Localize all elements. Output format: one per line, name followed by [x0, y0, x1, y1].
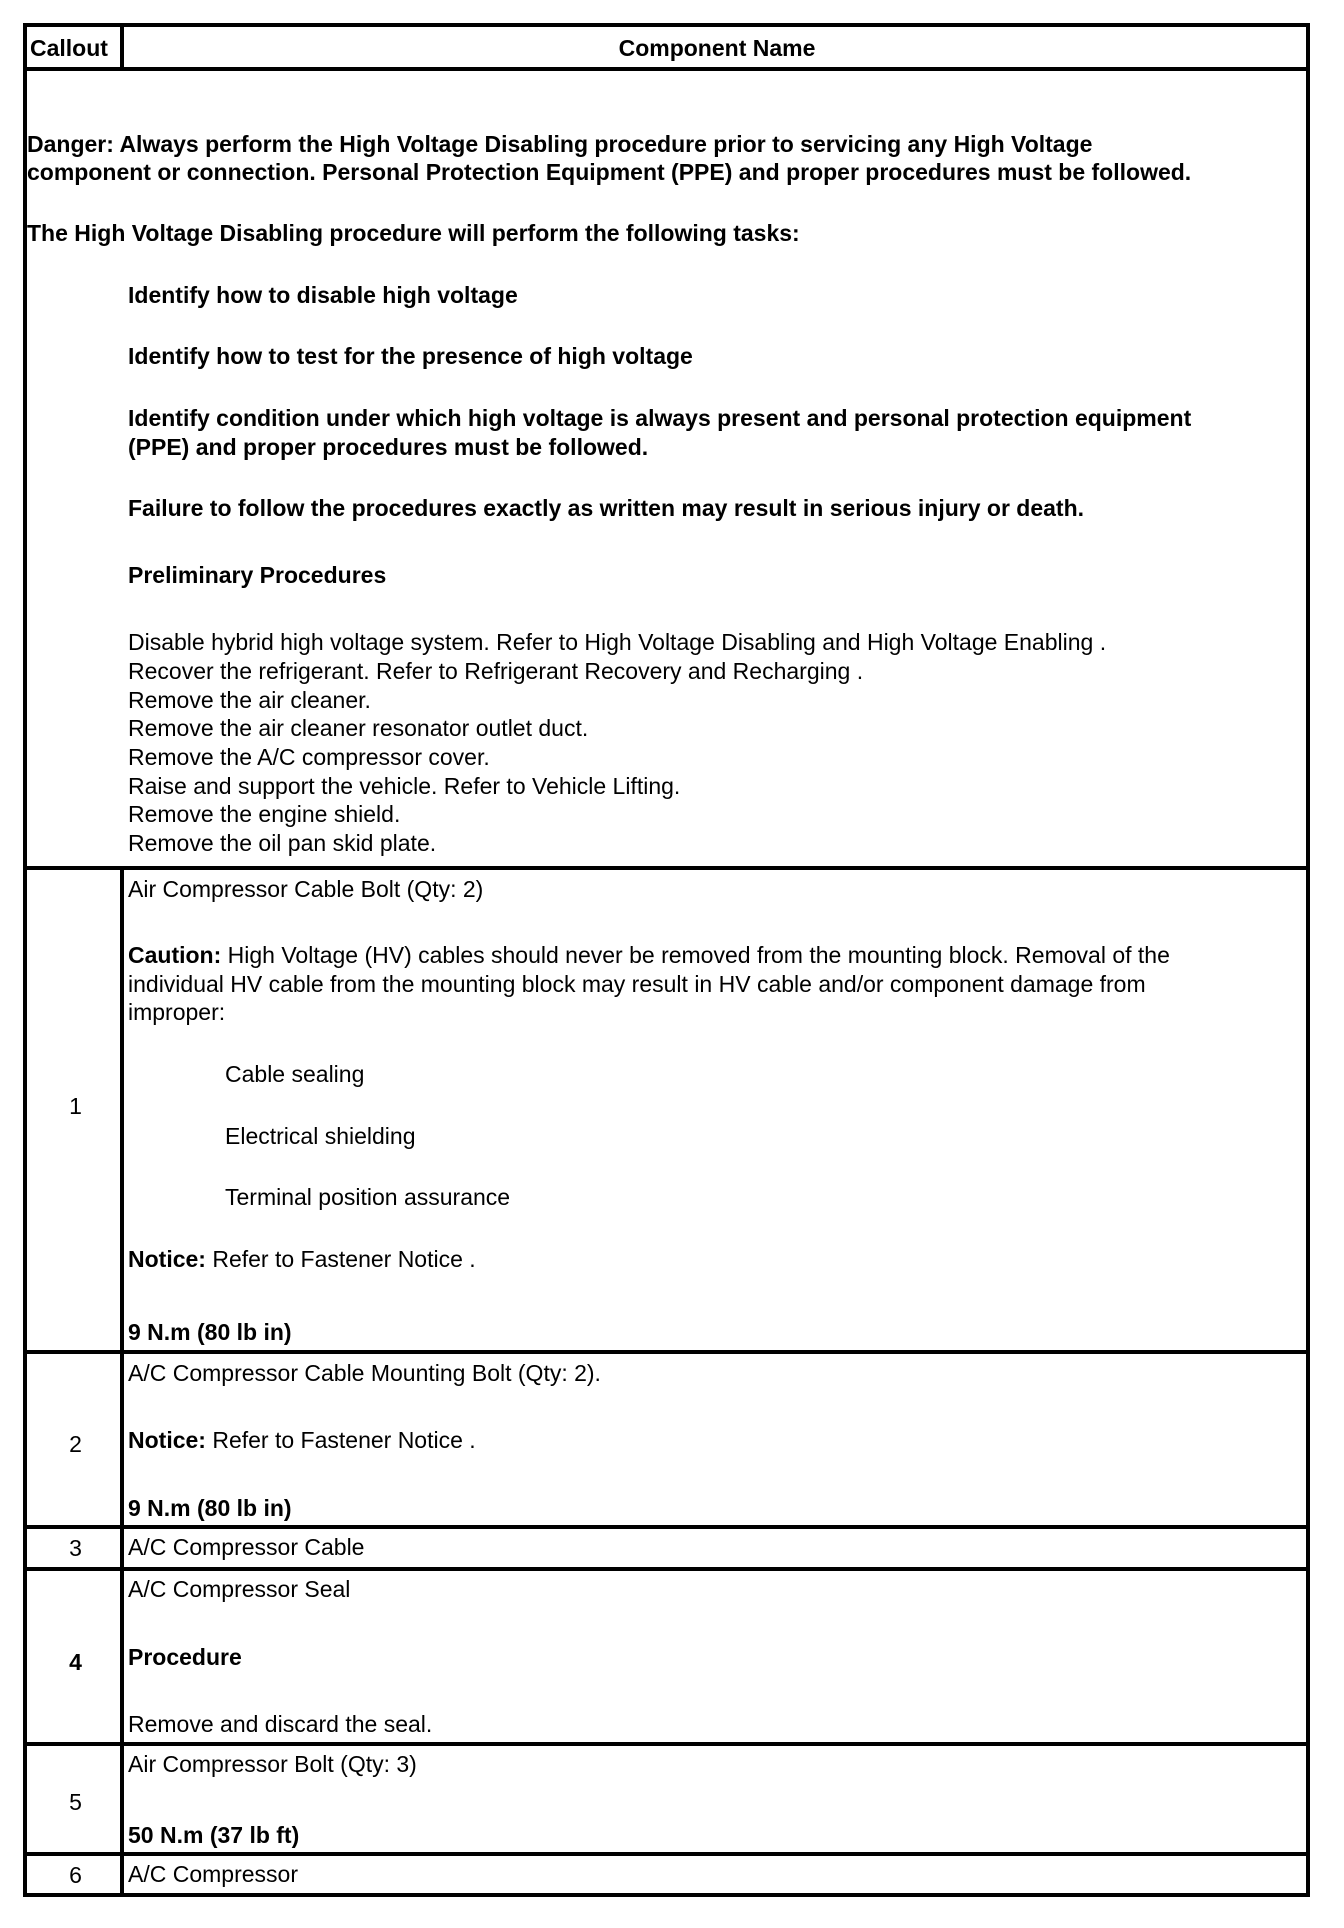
task-item: Identify condition under which high volt…: [128, 404, 1191, 433]
task-item: Identify how to disable high voltage: [128, 281, 518, 310]
component-name: Air Compressor Bolt (Qty: 3): [128, 1750, 417, 1779]
row-rule: [27, 1742, 1306, 1746]
caution-label: Caution:: [128, 942, 221, 968]
caution-item: Electrical shielding: [225, 1122, 415, 1151]
torque-spec: 9 N.m (80 lb in): [128, 1494, 292, 1523]
header-callout: Callout: [30, 35, 108, 62]
component-name: A/C Compressor: [128, 1860, 298, 1889]
row-rule: [27, 866, 1306, 870]
procedure-label: Procedure: [128, 1643, 242, 1672]
preliminary-step: Raise and support the vehicle. Refer to …: [128, 772, 680, 801]
header-component-name: Component Name: [128, 35, 1306, 62]
tasks-heading: The High Voltage Disabling procedure wil…: [27, 219, 800, 248]
task-item: Identify how to test for the presence of…: [128, 342, 693, 371]
callout-number: 5: [27, 1789, 124, 1816]
callout-column-divider: [120, 866, 124, 1897]
callout-number: 3: [27, 1535, 124, 1562]
preliminary-step: Remove the oil pan skid plate.: [128, 829, 436, 858]
caution-text: individual HV cable from the mounting bl…: [128, 970, 1146, 999]
notice-text: Notice: Refer to Fastener Notice .: [128, 1245, 476, 1274]
component-name: A/C Compressor Seal: [128, 1575, 350, 1604]
caution-item: Terminal position assurance: [225, 1183, 510, 1212]
preliminary-step: Remove the air cleaner resonator outlet …: [128, 714, 588, 743]
component-table: Callout Component Name Danger: Always pe…: [23, 23, 1310, 1897]
header-divider: [120, 27, 124, 71]
component-name: A/C Compressor Cable Mounting Bolt (Qty:…: [128, 1359, 601, 1388]
preliminary-step: Remove the engine shield.: [128, 800, 400, 829]
caution-item: Cable sealing: [225, 1060, 364, 1089]
callout-number: 6: [27, 1862, 124, 1889]
preliminary-heading: Preliminary Procedures: [128, 561, 386, 590]
caution-text: Caution: High Voltage (HV) cables should…: [128, 941, 1170, 970]
preliminary-step: Remove the air cleaner.: [128, 686, 371, 715]
torque-spec: 9 N.m (80 lb in): [128, 1318, 292, 1347]
callout-number: 1: [27, 1093, 124, 1120]
row-rule: [27, 1350, 1306, 1354]
task-item: (PPE) and proper procedures must be foll…: [128, 433, 648, 462]
header-rule: [27, 67, 1306, 71]
preliminary-step: Recover the refrigerant. Refer to Refrig…: [128, 657, 863, 686]
component-name: A/C Compressor Cable: [128, 1533, 364, 1562]
preliminary-step: Remove the A/C compressor cover.: [128, 743, 490, 772]
caution-text: improper:: [128, 998, 225, 1027]
callout-number: 4: [27, 1649, 124, 1676]
torque-spec: 50 N.m (37 lb ft): [128, 1821, 299, 1850]
callout-number: 2: [27, 1431, 124, 1458]
notice-text: Notice: Refer to Fastener Notice .: [128, 1426, 476, 1455]
notice-label: Notice:: [128, 1427, 206, 1453]
danger-line-1: Danger: Always perform the High Voltage …: [27, 130, 1092, 159]
component-name: Air Compressor Cable Bolt (Qty: 2): [128, 875, 483, 904]
task-item: Failure to follow the procedures exactly…: [128, 494, 1084, 523]
preliminary-step: Disable hybrid high voltage system. Refe…: [128, 628, 1106, 657]
row-rule: [27, 1852, 1306, 1856]
procedure-text: Remove and discard the seal.: [128, 1710, 432, 1739]
row-rule: [27, 1525, 1306, 1529]
notice-label: Notice:: [128, 1246, 206, 1272]
danger-line-2: component or connection. Personal Protec…: [27, 158, 1191, 187]
row-rule: [27, 1567, 1306, 1571]
